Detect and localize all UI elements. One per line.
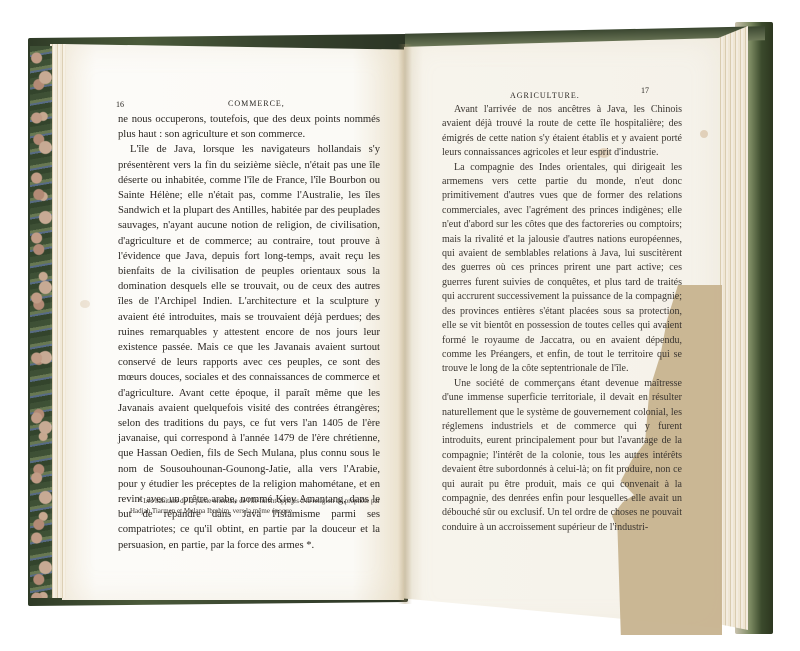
paragraph: L'île de Java, lorsque les navigateurs h… [118, 142, 380, 552]
foxing-spot [700, 130, 708, 138]
paragraph: Avant l'arrivée de nos ancêtres à Java, … [442, 103, 682, 161]
right-page-number: 17 [641, 86, 649, 95]
right-page-text: Avant l'arrivée de nos ancêtres à Java, … [442, 103, 682, 535]
book-gutter [398, 44, 412, 604]
foxing-spot [80, 300, 90, 308]
marbled-endpaper [30, 46, 52, 598]
left-page-text: ne nous occuperons, toutefois, que des d… [118, 112, 380, 553]
paragraph: Une société de commerçans étant devenue … [442, 377, 682, 535]
footnote: * Les habitans de la partie orientale de… [130, 496, 380, 516]
left-running-head: COMMERCE, [228, 99, 285, 108]
paragraph: La compagnie des Indes orientales, qui d… [442, 161, 682, 377]
left-page-number: 16 [116, 100, 124, 109]
left-page-edges [50, 44, 66, 598]
paragraph: ne nous occuperons, toutefois, que des d… [118, 112, 380, 142]
open-book: 16 COMMERCE, ne nous occuperons, toutefo… [0, 0, 800, 651]
right-running-head: AGRICULTURE. [510, 91, 580, 100]
right-page-edges [718, 26, 748, 630]
footnote-text: * Les habitans de la partie orientale de… [130, 496, 380, 516]
